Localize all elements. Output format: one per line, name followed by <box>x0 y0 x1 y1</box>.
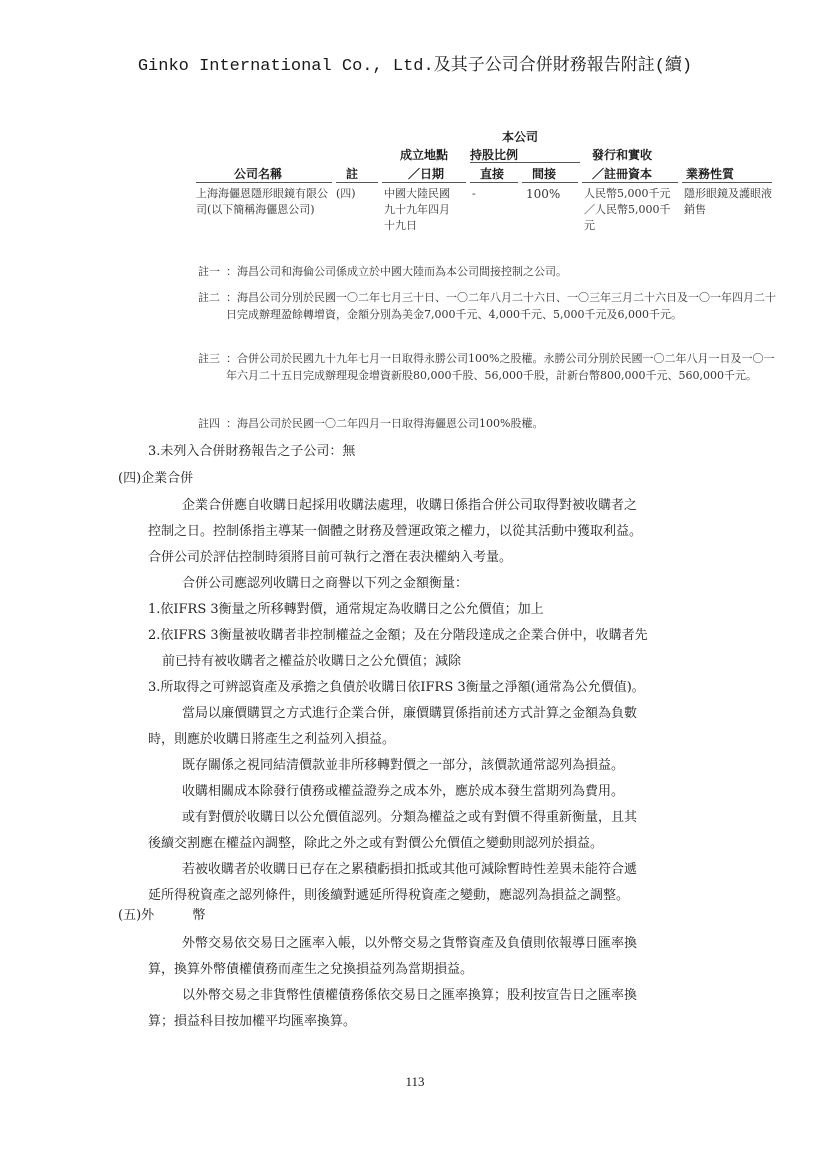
header-indirect: 間接 <box>532 165 556 182</box>
footnote-3: 註三 ：合併公司於民國九十九年七月一日取得永勝公司100%之股權。永勝公司分別於… <box>198 350 776 384</box>
header-group-l2: 持股比例 <box>470 146 518 163</box>
paragraph-line: 既存關係之視同結清價款並非所移轉對價之一部分，該價款通常認列為損益。 <box>182 754 624 773</box>
header-note: 註 <box>346 165 358 182</box>
header-business: 業務性質 <box>686 165 734 182</box>
cell-business: 隱形眼鏡及護眼液銷售 <box>684 186 772 218</box>
page-title: Ginko International Co., Ltd.及其子公司合併財務報告… <box>0 50 830 76</box>
cell-indirect: 100% <box>526 186 576 202</box>
header-location-l1: 成立地點 <box>400 146 448 163</box>
footnote-text: ：合併公司於民國九十九年七月一日取得永勝公司100%之股權。永勝公司分別於民國一… <box>198 350 776 384</box>
footnote-text: ：海昌公司分別於民國一〇二年七月三十日、一〇二年八月二十六日、一〇三年三月二十六… <box>198 289 776 323</box>
cell-capital: 人民幣5,000千元／人民幣5,000千元 <box>584 186 678 234</box>
section-5-title-a: (五)外 <box>118 908 154 923</box>
footnote-label: 註三 <box>198 350 220 367</box>
paragraph-line: 時，則應於收購日將產生之利益列入損益。 <box>148 728 395 747</box>
footnote-label: 註四 <box>198 415 220 432</box>
paragraph-line: 企業合併應自收購日起採用收購法處理，收購日係指合併公司取得對被收購者之 <box>182 494 637 513</box>
paragraph-line: 當局以廉價購買之方式進行企業合併，廉價購買係指前述方式計算之金額為負數 <box>182 702 637 721</box>
paragraph-line: 延所得稅資產之認列條件，則後續對遞延所得稅資產之變動，應認列為損益之調整。 <box>148 884 629 903</box>
header-rule <box>582 182 678 183</box>
footnote-2: 註二 ：海昌公司分別於民國一〇二年七月三十日、一〇二年八月二十六日、一〇三年三月… <box>198 289 776 323</box>
footnote-label: 註二 <box>198 289 220 306</box>
cell-location-date: 中國大陸民國九十九年四月十九日 <box>384 186 454 234</box>
header-rule <box>196 182 332 183</box>
header-capital-l2: ／註冊資本 <box>592 165 652 182</box>
footnote-4: 註四 ：海昌公司於民國一〇二年四月一日取得海儷恩公司100%股權。 <box>198 415 776 432</box>
section-5-title: (五)外 幣 <box>118 904 205 923</box>
paragraph-line: 或有對價於收購日以公允價值認列。分類為權益之或有對價不得重新衡量，且其 <box>182 806 637 825</box>
cell-note: (四) <box>336 186 380 202</box>
list-item: 3.所取得之可辨認資產及承擔之負債於收購日依IFRS 3衡量之淨額(通常為公允價… <box>148 676 645 695</box>
paragraph-line: 合併公司應認列收購日之商譽以下列之金額衡量： <box>182 572 468 591</box>
section-5-title-b: 幣 <box>192 908 205 923</box>
header-rule <box>382 182 466 183</box>
group-underline <box>470 162 580 163</box>
list-item: 1.依IFRS 3衡量之所移轉對價，通常規定為收購日之公允價值；加上 <box>148 598 544 617</box>
paragraph-line: 收購相關成本除發行債務或權益證券之成本外，應於成本發生當期列為費用。 <box>182 780 624 799</box>
header-location-l2: ／日期 <box>408 165 444 182</box>
list-item: 2.依IFRS 3衡量被收購者非控制權益之金額；及在分階段達成之企業合併中，收購… <box>148 624 648 643</box>
paragraph-line: 合併公司於評估控制時須將目前可執行之潛在表決權納入考量。 <box>148 546 512 565</box>
paragraph-line: 若被收購者於收購日已存在之累積虧損扣抵或其他可減除暫時性差異未能符合遞 <box>182 858 637 877</box>
header-group-l1: 本公司 <box>502 128 538 145</box>
paragraph-line: 算；損益科目按加權平均匯率換算。 <box>148 1010 356 1029</box>
header-rule <box>336 182 378 183</box>
header-rule <box>682 182 772 183</box>
cell-company-name: 上海海儷恩隱形眼鏡有限公司(以下簡稱海儷恩公司) <box>196 186 330 218</box>
paragraph-line: 以外幣交易之非貨幣性債權債務係依交易日之匯率換算；股利按宣告日之匯率換 <box>182 984 637 1003</box>
cell-direct: - <box>472 186 512 202</box>
footnote-label: 註一 <box>198 263 220 280</box>
header-capital-l1: 發行和實收 <box>592 146 652 163</box>
page-number: 113 <box>0 1074 830 1090</box>
header-rule <box>470 182 518 183</box>
paragraph-line: 後續交割應在權益內調整，除此之外之或有對價公允價值之變動則認列於損益。 <box>148 832 603 851</box>
footnote-text: ：海昌公司於民國一〇二年四月一日取得海儷恩公司100%股權。 <box>198 415 776 432</box>
header-rule <box>522 182 578 183</box>
paragraph-line: 控制之日。控制係指主導某一個體之財務及營運政策之權力，以從其活動中獲取利益。 <box>148 520 642 539</box>
section-4-title: (四)企業合併 <box>118 467 193 486</box>
footnote-1: 註一 ：海昌公司和海倫公司係成立於中國大陸而為本公司間接控制之公司。 <box>198 263 776 280</box>
item-3-unconsolidated: 3.未列入合併財務報告之子公司：無 <box>148 440 355 459</box>
header-direct: 直接 <box>480 165 504 182</box>
paragraph-line: 算，換算外幣債權債務而產生之兌換損益列為當期損益。 <box>148 958 473 977</box>
header-company-name: 公司名稱 <box>234 165 282 182</box>
paragraph-line: 外幣交易依交易日之匯率入帳，以外幣交易之貨幣資產及負債則依報導日匯率換 <box>182 932 637 951</box>
footnote-text: ：海昌公司和海倫公司係成立於中國大陸而為本公司間接控制之公司。 <box>198 263 776 280</box>
list-item-continued: 前已持有被收購者之權益於收購日之公允價值；減除 <box>162 650 461 669</box>
